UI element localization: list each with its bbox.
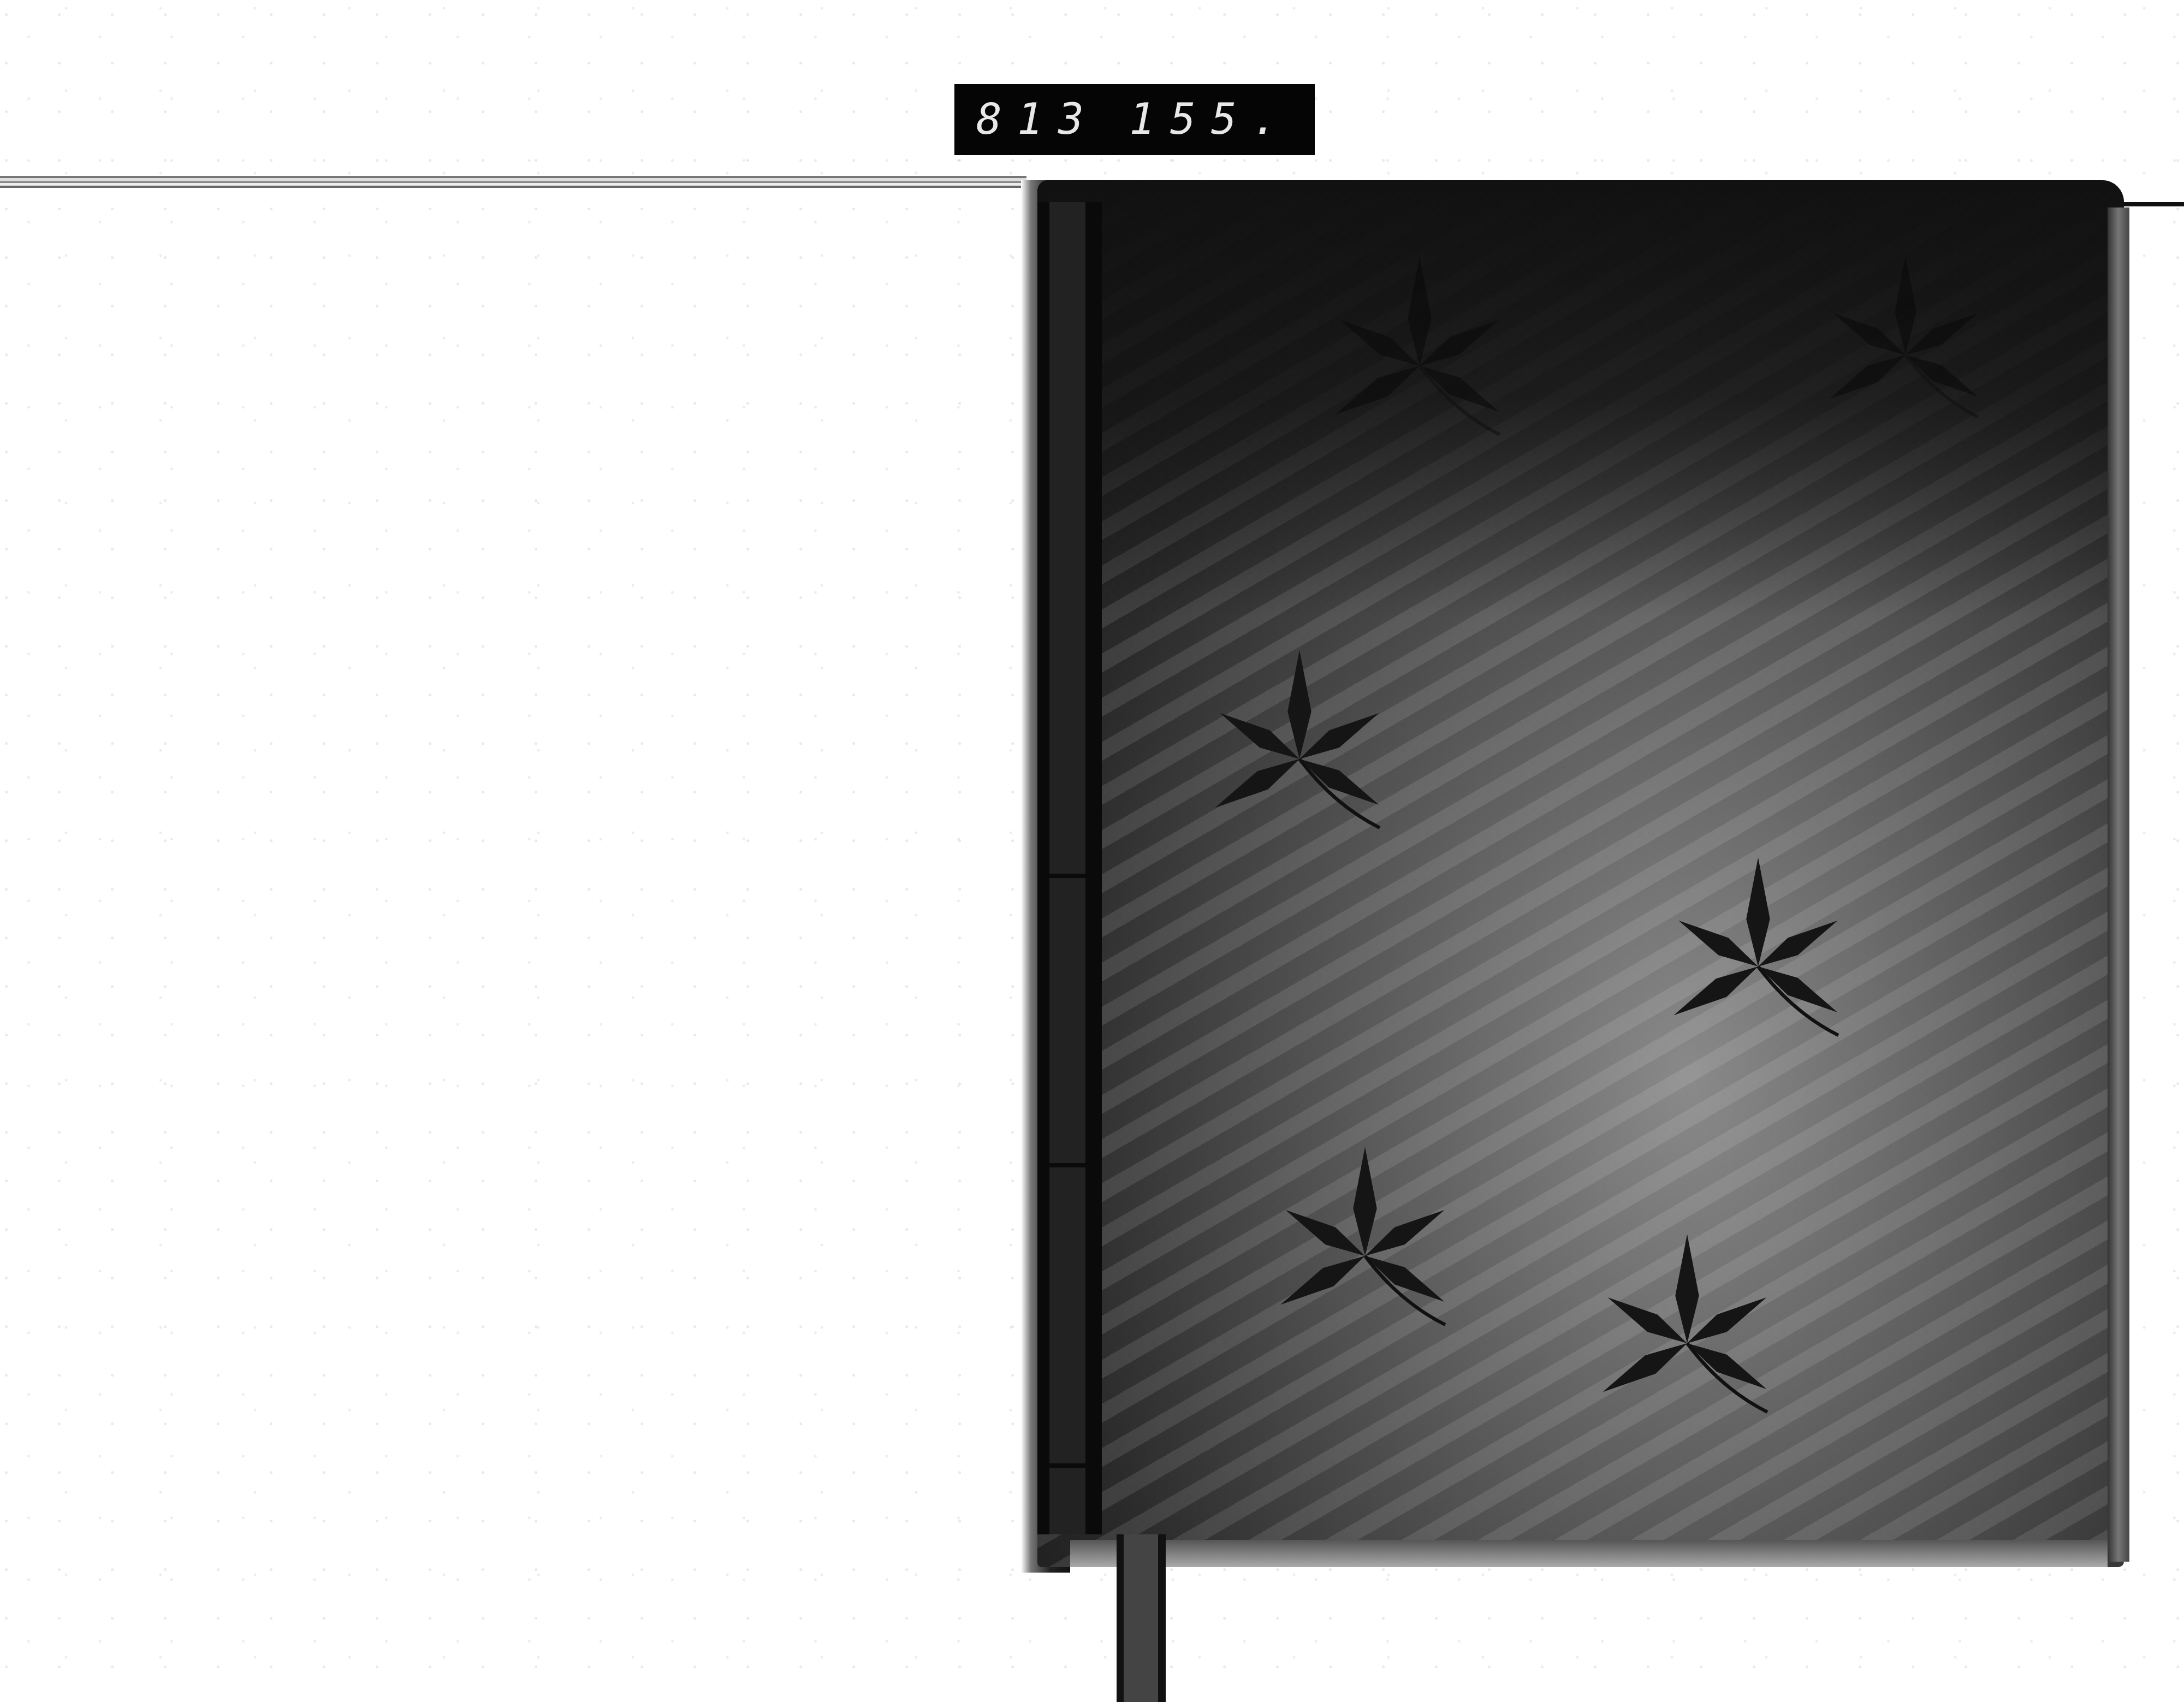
call-number-label: 813 155. — [954, 84, 1315, 155]
top-rule-divider — [0, 176, 1026, 188]
spine-binding-mark — [1037, 1463, 1097, 1468]
call-number-left: 813 — [976, 95, 1099, 144]
maple-leaf-icon — [1791, 251, 2020, 459]
cover-right-edge — [2108, 207, 2129, 1562]
spine-binding-mark — [1037, 874, 1097, 878]
bookmark-tab — [1117, 1534, 1166, 1702]
maple-leaf-icon — [1174, 644, 1425, 874]
maple-leaf-icon — [1622, 852, 1895, 1081]
spine-binding-mark — [1037, 1163, 1097, 1167]
book-spine — [1037, 202, 1102, 1534]
maple-leaf-icon — [1239, 1141, 1491, 1371]
maple-leaf-icon — [1283, 251, 1556, 481]
maple-leaf-icon — [1562, 1229, 1813, 1458]
call-number-right: 155. — [1129, 95, 1293, 144]
cover-bottom-edge — [1070, 1540, 2108, 1567]
